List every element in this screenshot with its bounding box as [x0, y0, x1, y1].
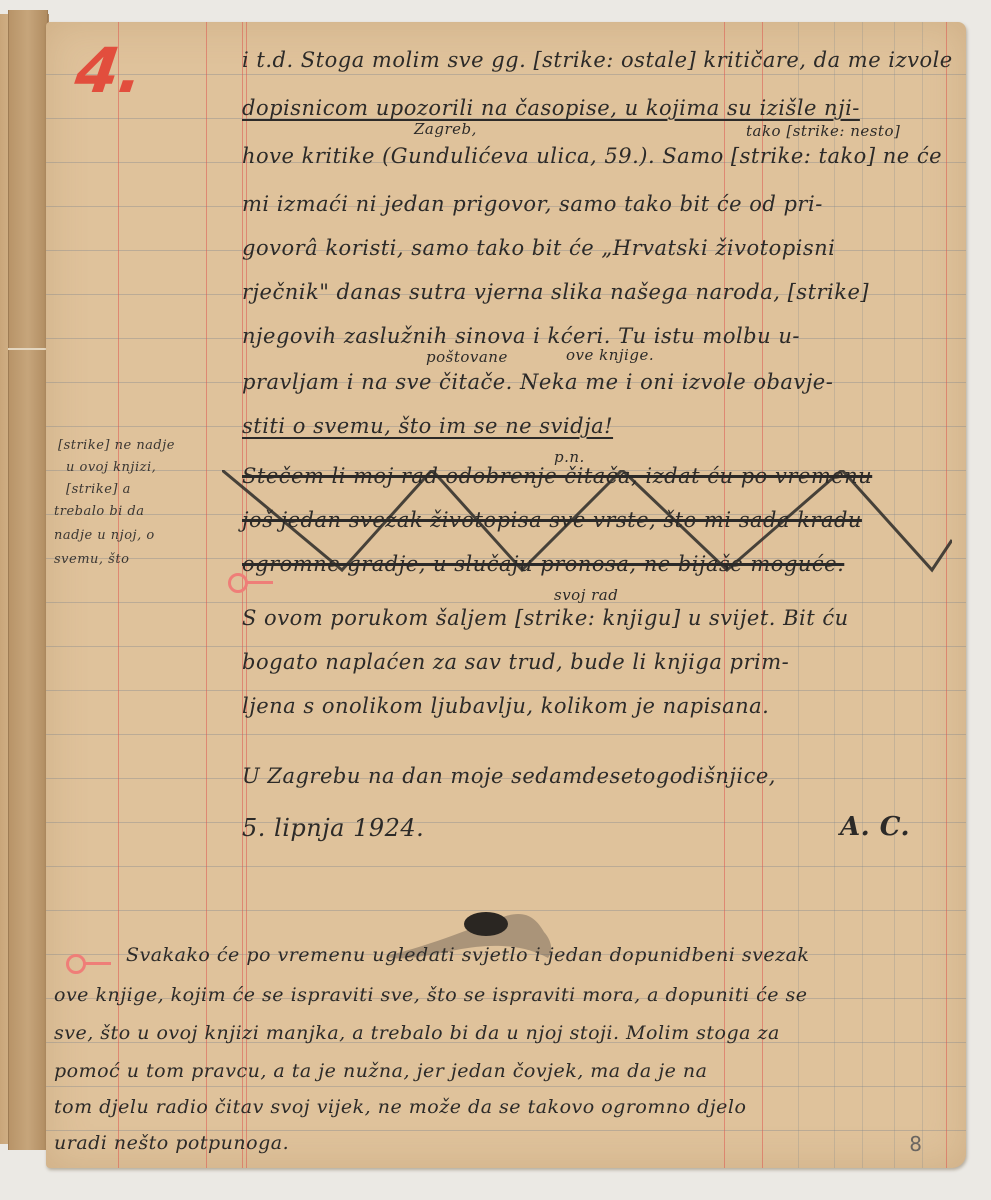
rule-line	[46, 822, 966, 823]
interlinear-insert: Zagreb,	[414, 120, 477, 138]
rule-line	[46, 74, 966, 75]
folio-number: 8	[909, 1132, 922, 1156]
interlinear-insert: tako [strike: nesto]	[746, 122, 900, 140]
text-line: i t.d. Stoga molim sve gg. [strike: osta…	[242, 48, 953, 72]
place-date-line: U Zagrebu na dan moje sedamdesetogodišnj…	[242, 764, 776, 788]
rule-line	[46, 734, 966, 735]
margin-note-line: svemu, što	[54, 552, 129, 567]
footnote-line: pomoć u tom pravcu, a ta je nužna, jer j…	[54, 1060, 707, 1082]
footnote-line: ove knjige, kojim će se ispraviti sve, š…	[54, 984, 808, 1006]
interlinear-insert: ove knjige.	[566, 346, 654, 364]
rule-line	[46, 646, 966, 647]
signature: A. C.	[840, 812, 910, 842]
text-line: ljena s onolikom ljubavlju, kolikom je n…	[242, 694, 769, 718]
interlinear-insert: svoj rad	[554, 586, 618, 604]
red-footnote-marker	[66, 954, 86, 974]
rule-line	[46, 1086, 966, 1087]
margin-note-line: trebalo bi da	[54, 504, 145, 519]
text-line: dopisnicom upozorili na časopise, u koji…	[242, 96, 860, 120]
notebook-spine	[8, 10, 48, 1150]
footnote-line: sve, što u ovoj knjizi manjka, a trebalo…	[54, 1022, 780, 1044]
text-line: mi izmaći ni jedan prigovor, samo tako b…	[242, 192, 823, 216]
red-insertion-marker	[228, 573, 248, 593]
manuscript-page: 4. i t.d. Stoga molim sve gg. [strike: o…	[46, 22, 966, 1168]
rule-line	[46, 866, 966, 867]
text-line: njegovih zaslužnih sinova i kćeri. Tu is…	[242, 324, 800, 348]
footnote-line: Svakako će po vremenu ugledati svjetlo i…	[126, 944, 809, 966]
spine-tear	[8, 348, 46, 350]
rule-line	[46, 602, 966, 603]
margin-note-line: u ovoj knjizi,	[66, 460, 156, 475]
margin-note-line: [strike] a	[66, 482, 131, 497]
text-line: rječnik" danas sutra vjerna slika našega…	[242, 280, 869, 304]
grid-rule	[862, 22, 863, 1168]
text-line: pravljam i na sve čitače. Neka me i oni …	[242, 370, 833, 394]
grid-rule	[894, 22, 895, 1168]
zigzag-strikeout	[222, 470, 952, 580]
interlinear-insert: poštovane	[426, 348, 508, 366]
margin-rule	[946, 22, 947, 1168]
margin-note-line: [strike] ne nadje	[58, 438, 175, 453]
date: 5. lipnja 1924.	[242, 814, 424, 842]
rule-line	[46, 690, 966, 691]
grid-rule	[922, 22, 923, 1168]
text-line: hove kritike (Gundulićeva ulica, 59.). S…	[242, 144, 942, 168]
margin-note-line: nadje u njoj, o	[54, 528, 155, 543]
red-page-marker: 4.	[71, 34, 148, 107]
rule-line	[46, 1130, 966, 1131]
text-line: bogato naplaćen za sav trud, bude li knj…	[242, 650, 789, 674]
text-line: stiti o svemu, što im se ne svidja!	[242, 414, 613, 438]
text-line: govorâ koristi, samo tako bit će „Hrvats…	[242, 236, 835, 260]
footnote-line: tom djelu radio čitav svoj vijek, ne mož…	[54, 1096, 746, 1118]
footnote-line: uradi nešto potpunoga.	[54, 1132, 289, 1154]
grid-rule	[834, 22, 835, 1168]
text-line: S ovom porukom šaljem [strike: knjigu] u…	[242, 606, 849, 630]
